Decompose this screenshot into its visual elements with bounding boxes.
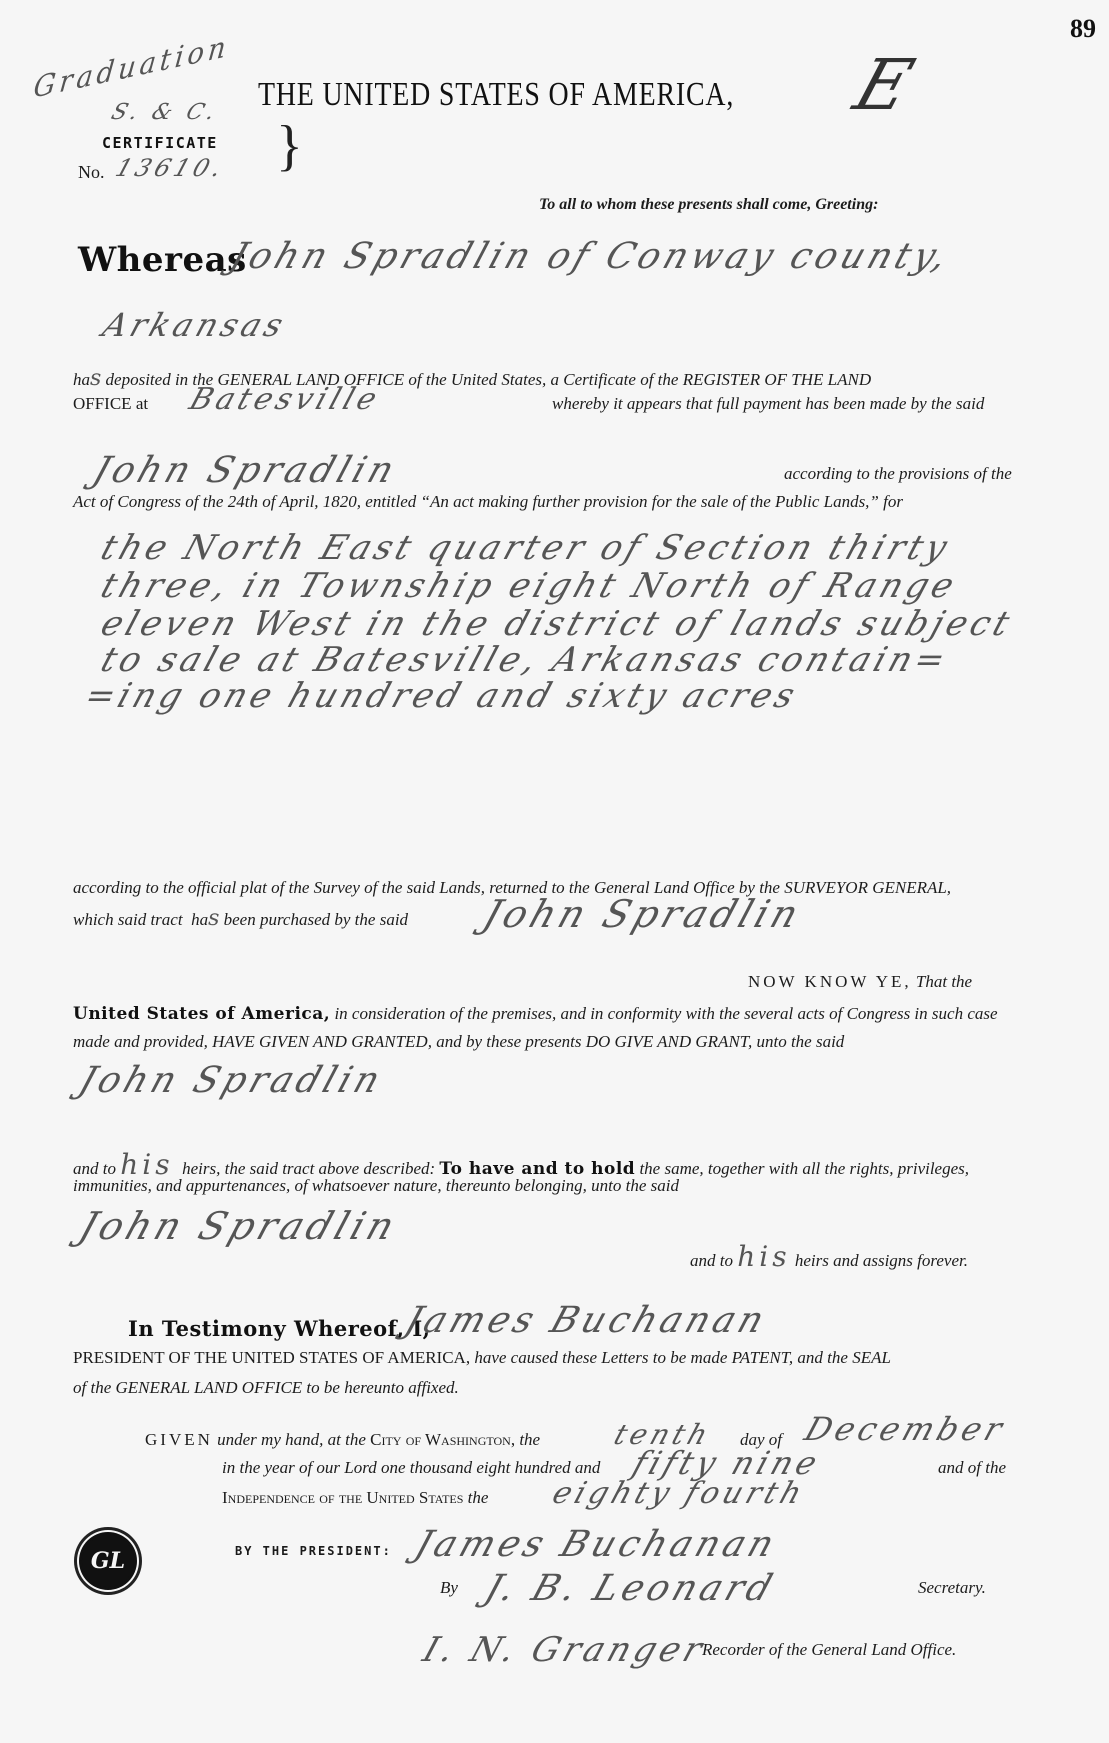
consideration-line: United States of America, in considerati… [73, 1004, 998, 1024]
land-description-line: the North East quarter of Section thirty [96, 528, 956, 568]
final-pronoun: his [737, 1240, 790, 1273]
final-and-to: and to [690, 1251, 733, 1270]
office-location: Batesville [185, 382, 385, 417]
affixed-text: of the GENERAL LAND OFFICE to be hereunt… [73, 1378, 459, 1398]
independence-the: the [468, 1488, 489, 1507]
seal-monogram-icon: GL [91, 1548, 125, 1574]
month-value: December [800, 1410, 1011, 1448]
president-signature: James Buchanan [410, 1524, 783, 1565]
now-know-ye-line: NOW KNOW YE, That the [748, 972, 972, 992]
by-the-president: BY THE PRESIDENT: [235, 1544, 392, 1558]
independence-value: eighty fourth [548, 1476, 810, 1511]
greeting: To all to whom these presents shall come… [539, 196, 878, 214]
general-land-office-seal: GL [79, 1532, 137, 1590]
document-title: THE UNITED STATES OF AMERICA, [258, 76, 734, 114]
tract-prefix: which said tract [73, 910, 183, 929]
has-suffix-2: s [208, 906, 219, 931]
whereas-lead: Whereas [78, 240, 247, 280]
grantee-name-2: John Spradlin [478, 892, 808, 936]
tract-line: which said tract has been purchased by t… [73, 906, 408, 931]
given-the: the [519, 1430, 540, 1449]
has-prefix: ha [73, 370, 90, 389]
usa-gothic: United States of America, [73, 1004, 330, 1024]
given-label: GIVEN [145, 1430, 213, 1449]
grantee-line-1: John Spradlin of Conway county, [225, 236, 956, 277]
given-line: GIVEN under my hand, at the City of Wash… [145, 1430, 540, 1450]
page-number: 89 [1070, 14, 1096, 44]
land-description-line: =ing one hundred and sixty acres [80, 676, 804, 716]
grantee-name-4: John Spradlin [74, 1204, 404, 1248]
independence-text: Independence of the United States [222, 1488, 463, 1507]
consideration-text: in consideration of the premises, and in… [334, 1004, 997, 1023]
city-text: City of Washington, [370, 1430, 515, 1449]
office-at-label: OFFICE at [73, 394, 148, 414]
caused-text: have caused these Letters to be made PAT… [474, 1348, 891, 1367]
grantee-name-3: John Spradlin [74, 1060, 389, 1101]
rights-text: the same, together with all the rights, … [639, 1159, 969, 1178]
immunities-text: immunities, and appurtenances, of whatso… [73, 1176, 679, 1196]
recorder-signature: I. N. Granger [418, 1630, 711, 1670]
has-suffix: s [90, 366, 101, 391]
grantee-name-1: John Spradlin [88, 450, 403, 491]
land-description-line: eleven West in the district of lands sub… [96, 604, 1018, 644]
now-know-ye: NOW KNOW YE, [748, 972, 912, 991]
president-line: PRESIDENT OF THE UNITED STATES OF AMERIC… [73, 1348, 891, 1368]
granted-text: made and provided, HAVE GIVEN AND GRANTE… [73, 1032, 844, 1052]
grantee-line-2: Arkansas [98, 306, 292, 344]
deposited-line: has deposited in the GENERAL LAND OFFICE… [73, 366, 871, 391]
that-the: That the [916, 972, 972, 991]
payment-text: whereby it appears that full payment has… [552, 394, 984, 414]
provisions-text: according to the provisions of the [784, 464, 1012, 484]
margin-note-graduation: Graduation [32, 29, 231, 105]
secretary-label: Secretary. [918, 1578, 986, 1598]
by-label: By [440, 1578, 458, 1598]
secretary-signature: J. B. Leonard [480, 1568, 781, 1609]
certificate-label: CERTIFICATE [102, 134, 218, 152]
purchased-text: been purchased by the said [224, 910, 408, 929]
act-text: Act of Congress of the 24th of April, 18… [73, 492, 903, 512]
and-of-the: and of the [938, 1458, 1006, 1478]
independence-line: Independence of the United States the [222, 1488, 488, 1508]
margin-note-sc: S. & C. [108, 100, 222, 125]
brace-mark: } [276, 114, 303, 178]
margin-letter-mark: E [845, 44, 927, 126]
certificate-number: 13610. [112, 154, 229, 182]
certificate-number-label: No. [78, 162, 105, 183]
under-hand-text: under my hand, at the [217, 1430, 366, 1449]
recorder-label: Recorder of the General Land Office. [702, 1640, 956, 1660]
testimony-president-signature: James Buchanan [400, 1300, 773, 1341]
land-description-line: to sale at Batesville, Arkansas contain= [96, 640, 954, 680]
land-description-line: three, in Township eight North of Range [96, 566, 963, 606]
year-text: in the year of our Lord one thousand eig… [222, 1458, 600, 1478]
has-prefix-2: ha [191, 910, 208, 929]
president-text: PRESIDENT OF THE UNITED STATES OF AMERIC… [73, 1348, 470, 1367]
final-text: heirs and assigns forever. [795, 1251, 968, 1270]
testimony-lead: In Testimony Whereof, I, [128, 1316, 430, 1341]
final-heirs-line: and to his heirs and assigns forever. [690, 1240, 968, 1273]
